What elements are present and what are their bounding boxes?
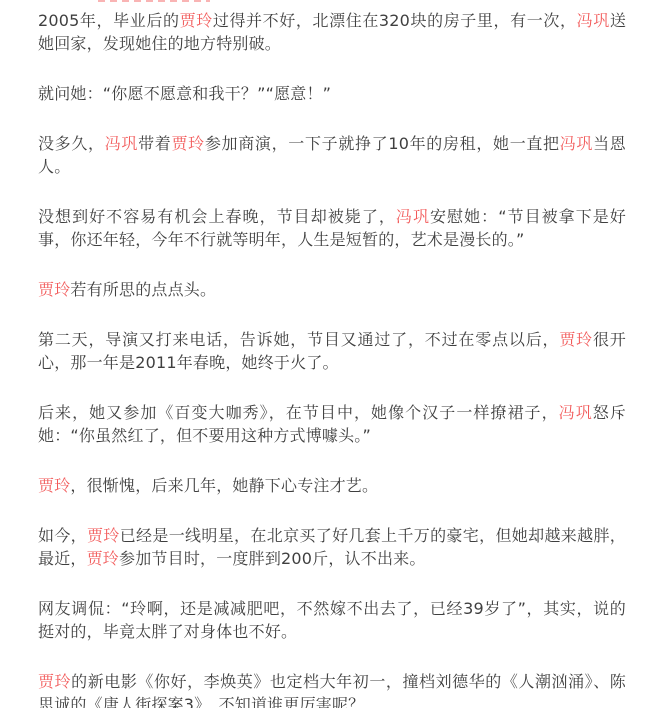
keyword-highlight: 贾玲	[38, 280, 70, 299]
text-run: 2005年，毕业后的	[38, 11, 180, 30]
keyword-highlight: 贾玲	[171, 134, 204, 153]
paragraph: 没想到好不容易有机会上春晚，节目却被毙了，冯巩安慰她：“节目被拿下是好事，你还年…	[38, 205, 626, 251]
keyword-highlight: 贾玲	[180, 11, 213, 30]
text-run: 第二天，导演又打来电话，告诉她，节目又通过了，不过在零点以后，	[38, 330, 559, 349]
paragraph: 没多久，冯巩带着贾玲参加商演，一下子就挣了10年的房租，她一直把冯巩当恩人。	[38, 132, 626, 178]
text-run: 没想到好不容易有机会上春晚，节目却被毙了，	[38, 207, 396, 226]
paragraph: 网友调侃：“玲啊，还是减减肥吧，不然嫁不出去了，已经39岁了”，其实，说的挺对的…	[38, 597, 626, 643]
text-run: 带着	[138, 134, 171, 153]
paragraph: 如今，贾玲已经是一线明星，在北京买了好几套上千万的豪宅，但她却越来越胖，最近，贾…	[38, 524, 626, 570]
keyword-highlight: 冯巩	[560, 134, 593, 153]
keyword-highlight: 冯巩	[396, 207, 430, 226]
text-run: 若有所思的点点头。	[70, 280, 216, 299]
keyword-highlight: 冯巩	[559, 403, 593, 422]
keyword-highlight: 冯巩	[577, 11, 610, 30]
text-run: 网友调侃：“玲啊，还是减减肥吧，不然嫁不出去了，已经39岁了”，其实，说的挺对的…	[38, 599, 626, 641]
cropped-text-remnant	[98, 0, 210, 2]
paragraph: 第二天，导演又打来电话，告诉她，节目又通过了，不过在零点以后，贾玲很开心，那一年…	[38, 328, 626, 374]
paragraph: 2005年，毕业后的贾玲过得并不好，北漂住在320块的房子里，有一次，冯巩送她回…	[38, 9, 626, 55]
text-run: 的新电影《你好，李焕英》也定档大年初一，撞档刘德华的《人潮汹涌》、陈思诚的《唐人…	[38, 672, 626, 708]
text-run: 参加节目时，一度胖到200斤，认不出来。	[119, 549, 426, 568]
keyword-highlight: 贾玲	[87, 549, 119, 568]
text-run: 过得并不好，北漂住在320块的房子里，有一次，	[213, 11, 577, 30]
keyword-highlight: 贾玲	[559, 330, 593, 349]
keyword-highlight: 贾玲	[38, 672, 71, 691]
paragraph: 贾玲若有所思的点点头。	[38, 278, 626, 301]
text-run: 就问她：“你愿不愿意和我干？”“愿意！”	[38, 84, 331, 103]
text-run: 如今，	[38, 526, 87, 545]
paragraph: 后来，她又参加《百变大咖秀》，在节目中，她像个汉子一样撩裙子，冯巩怒斥她：“你虽…	[38, 401, 626, 447]
keyword-highlight: 贾玲	[38, 476, 70, 495]
text-run: 没多久，	[38, 134, 105, 153]
article-body: 2005年，毕业后的贾玲过得并不好，北漂住在320块的房子里，有一次，冯巩送她回…	[0, 0, 648, 708]
keyword-highlight: 冯巩	[105, 134, 138, 153]
text-run: 参加商演，一下子就挣了10年的房租，她一直把	[205, 134, 560, 153]
paragraph: 贾玲，很惭愧，后来几年，她静下心专注才艺。	[38, 474, 626, 497]
text-run: ，很惭愧，后来几年，她静下心专注才艺。	[70, 476, 378, 495]
keyword-highlight: 贾玲	[87, 526, 120, 545]
article-page: { "page": { "background_color": "#ffffff…	[0, 0, 648, 708]
text-run: 后来，她又参加《百变大咖秀》，在节目中，她像个汉子一样撩裙子，	[38, 403, 559, 422]
paragraph: 就问她：“你愿不愿意和我干？”“愿意！”	[38, 82, 626, 105]
paragraph: 贾玲的新电影《你好，李焕英》也定档大年初一，撞档刘德华的《人潮汹涌》、陈思诚的《…	[38, 670, 626, 708]
